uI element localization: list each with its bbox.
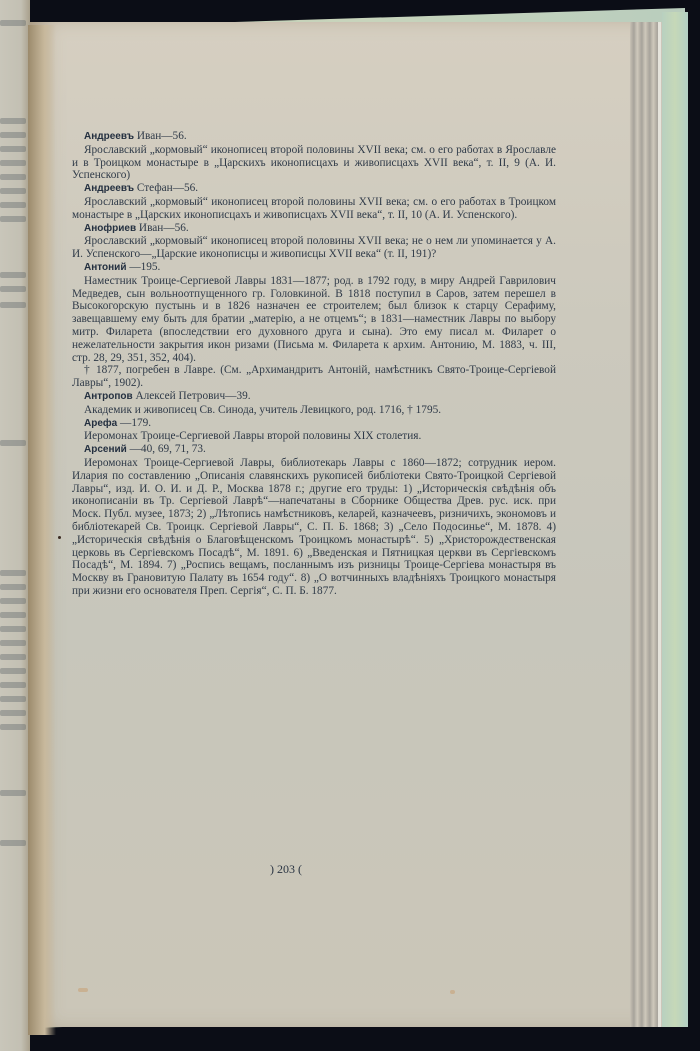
page-stain bbox=[450, 990, 455, 994]
entry-name: Антоний bbox=[84, 262, 126, 273]
entry-name: Антропов bbox=[84, 391, 133, 402]
entry-name: Андреевъ bbox=[84, 131, 134, 142]
page-stack-edge bbox=[630, 22, 662, 1027]
left-page-text-fragment bbox=[0, 174, 26, 180]
left-page-text-fragment bbox=[0, 612, 26, 618]
left-page-text-fragment bbox=[0, 188, 26, 194]
page-number: ) 203 ( bbox=[246, 862, 326, 877]
left-page-text-fragment bbox=[0, 146, 26, 152]
entry-name: Арсений bbox=[84, 444, 127, 455]
index-entry: Арефа —179. Иеромонах Троице-Сергиевой Л… bbox=[72, 417, 556, 444]
facing-left-page-edge bbox=[0, 0, 30, 1051]
book-gutter-shadow bbox=[28, 25, 56, 1035]
left-page-text-fragment bbox=[0, 216, 26, 222]
entry-page-refs: Стефан—56. bbox=[137, 182, 198, 194]
left-page-text-fragment bbox=[0, 710, 26, 716]
left-page-text-fragment bbox=[0, 202, 26, 208]
entry-heading: Анофриев Иван—56. bbox=[72, 222, 556, 236]
left-page-text-fragment bbox=[0, 626, 26, 632]
left-page-text-fragment bbox=[0, 840, 26, 846]
entry-heading: Антоний —195. bbox=[72, 261, 556, 275]
left-page-text-fragment bbox=[0, 584, 26, 590]
entry-page-refs: —195. bbox=[129, 261, 160, 273]
entry-description: Иеромонах Троице-Сергиевой Лавры второй … bbox=[72, 430, 556, 443]
left-page-text-fragment bbox=[0, 598, 26, 604]
left-page-text-fragment bbox=[0, 20, 26, 26]
left-page-text-fragment bbox=[0, 682, 26, 688]
left-page-text-fragment bbox=[0, 668, 26, 674]
entry-description: Ярославский „кормовый“ иконописец второй… bbox=[72, 196, 556, 222]
left-page-text-fragment bbox=[0, 272, 26, 278]
left-page-text-fragment bbox=[0, 132, 26, 138]
page-stain bbox=[78, 988, 88, 992]
entry-page-refs: Иван—56. bbox=[139, 222, 189, 234]
left-page-text-fragment bbox=[0, 790, 26, 796]
entry-heading: Арсений —40, 69, 71, 73. bbox=[72, 443, 556, 457]
entry-page-refs: —40, 69, 71, 73. bbox=[130, 443, 206, 455]
entry-description: Наместник Троице-Сергиевой Лавры 1831—18… bbox=[72, 275, 556, 365]
left-page-text-fragment bbox=[0, 440, 26, 446]
left-page-text-fragment bbox=[0, 302, 26, 308]
left-page-text-fragment bbox=[0, 654, 26, 660]
left-page-text-fragment bbox=[0, 724, 26, 730]
index-entry: Андреевъ Стефан—56. Ярославский „кормовы… bbox=[72, 182, 556, 221]
left-page-text-fragment bbox=[0, 160, 26, 166]
book-cover-edge bbox=[662, 12, 688, 1027]
entry-description: Иеромонах Троице-Сергиевой Лавры, библио… bbox=[72, 457, 556, 598]
entry-description: Академик и живописец Св. Синода, учитель… bbox=[72, 404, 556, 417]
index-entry: Арсений —40, 69, 71, 73. Иеромонах Троиц… bbox=[72, 443, 556, 598]
index-entry: Андреевъ Иван—56. Ярославский „кормовый“… bbox=[72, 130, 556, 182]
page-speck bbox=[58, 536, 61, 539]
entry-name: Анофриев bbox=[84, 223, 136, 234]
entry-description: † 1877, погребен в Лавре. (См. „Архиманд… bbox=[72, 364, 556, 390]
left-page-text-fragment bbox=[0, 696, 26, 702]
left-page-text-fragment bbox=[0, 286, 26, 292]
index-entries: Андреевъ Иван—56. Ярославский „кормовый“… bbox=[72, 130, 556, 598]
entry-description: Ярославский „кормовый“ иконописец второй… bbox=[72, 235, 556, 261]
left-page-text-fragment bbox=[0, 118, 26, 124]
entry-name: Андреевъ bbox=[84, 183, 134, 194]
entry-page-refs: —179. bbox=[120, 417, 151, 429]
entry-heading: Андреевъ Иван—56. bbox=[72, 130, 556, 144]
entry-name: Арефа bbox=[84, 418, 117, 429]
entry-page-refs: Иван—56. bbox=[137, 130, 187, 142]
index-entry: Антоний —195. Наместник Троице-Сергиевой… bbox=[72, 261, 556, 390]
left-page-text-fragment bbox=[0, 640, 26, 646]
index-entry: Антропов Алексей Петрович—39. Академик и… bbox=[72, 390, 556, 417]
entry-heading: Антропов Алексей Петрович—39. bbox=[72, 390, 556, 404]
entry-heading: Арефа —179. bbox=[72, 417, 556, 431]
entry-page-refs: Алексей Петрович—39. bbox=[136, 390, 251, 402]
left-page-text-fragment bbox=[0, 570, 26, 576]
index-entry: Анофриев Иван—56. Ярославский „кормовый“… bbox=[72, 222, 556, 261]
entry-heading: Андреевъ Стефан—56. bbox=[72, 182, 556, 196]
entry-description: Ярославский „кормовый“ иконописец второй… bbox=[72, 144, 556, 182]
